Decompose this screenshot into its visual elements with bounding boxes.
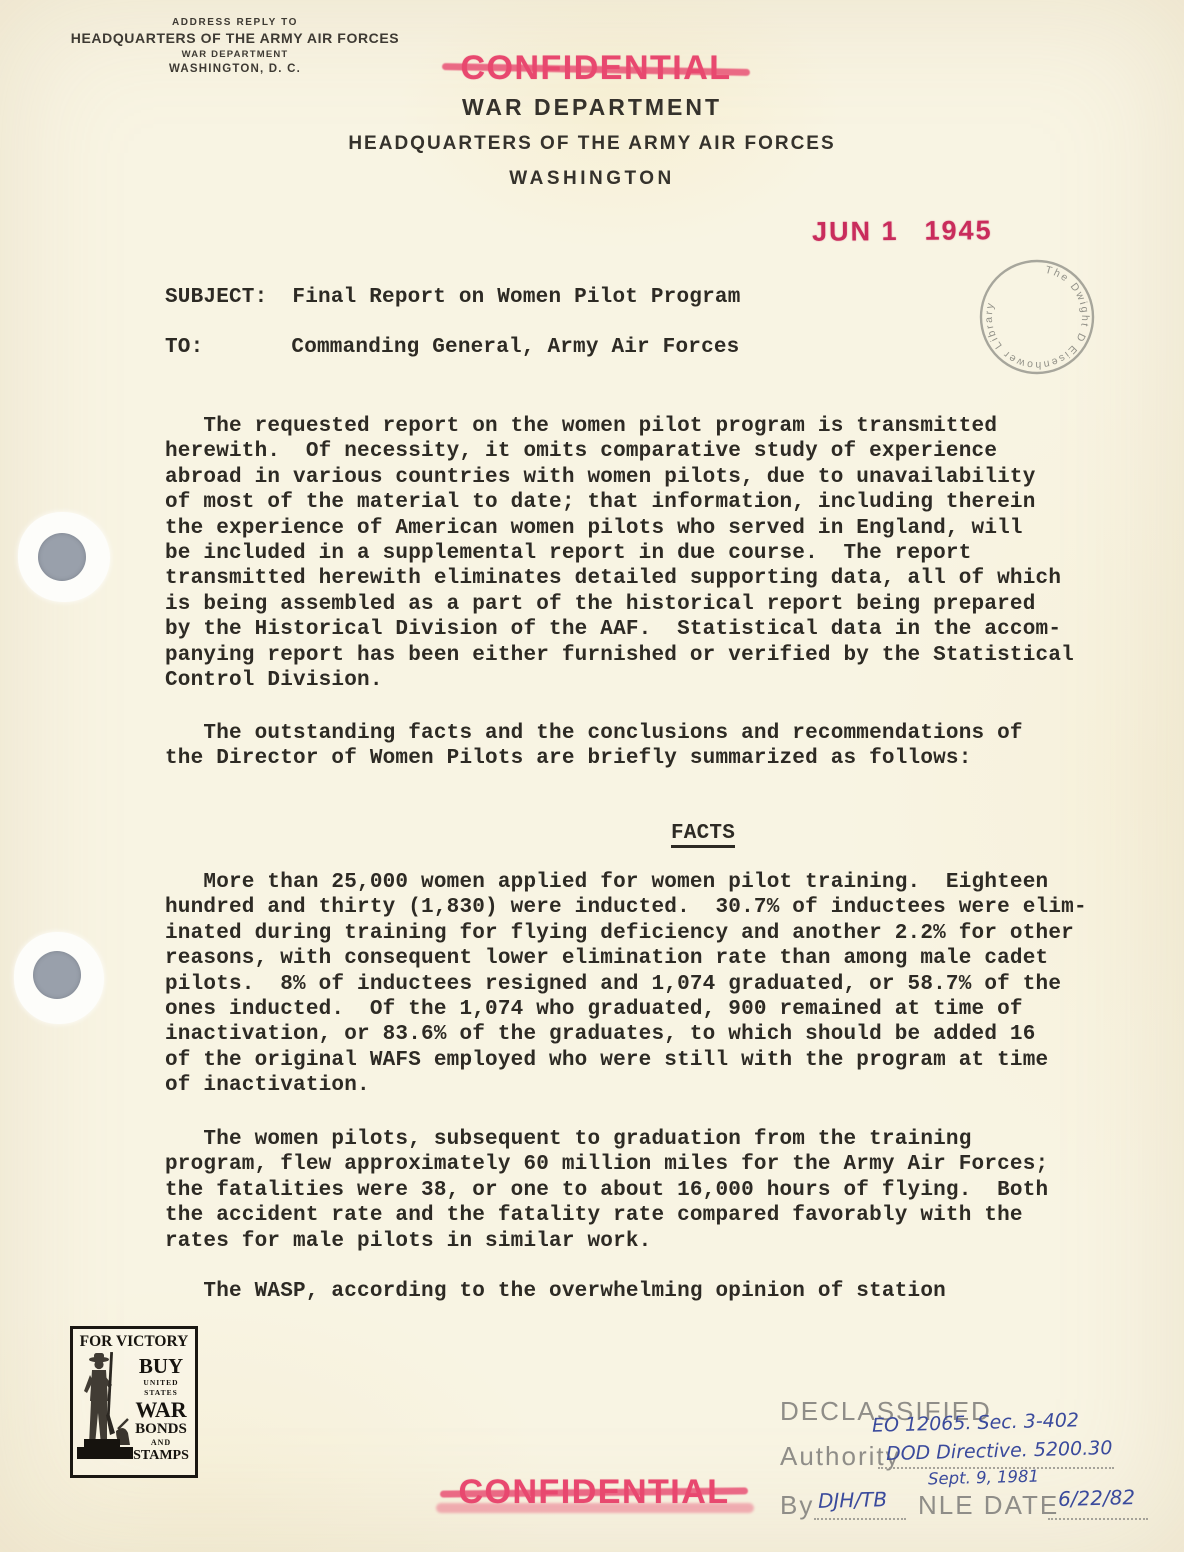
header-hq-aaf: HEADQUARTERS OF THE ARMY AIR FORCES xyxy=(0,133,1184,155)
header-washington: WASHINGTON xyxy=(0,168,1184,190)
paragraph-5: The WASP, according to the overwhelming … xyxy=(165,1279,946,1304)
text-line: The requested report on the women pilot … xyxy=(165,414,1074,439)
bonds-and: AND xyxy=(131,1438,191,1448)
text-line: be included in a supplemental report in … xyxy=(165,541,1074,566)
bonds-text-column: BUY UNITED STATES WAR BONDS AND STAMPS xyxy=(131,1355,191,1464)
by-label: By xyxy=(780,1490,814,1521)
confidential-stamp-top: CONFIDENTIAL xyxy=(452,50,740,86)
text-line: More than 25,000 women applied for women… xyxy=(165,870,1087,895)
for-victory-text: FOR VICTORY xyxy=(73,1333,195,1351)
text-line: pilots. 8% of inductees resigned and 1,0… xyxy=(165,972,1087,997)
nle-date-label: NLE DATE xyxy=(918,1490,1059,1521)
text-line: abroad in various countries with women p… xyxy=(165,465,1074,490)
text-line: of most of the material to date; that in… xyxy=(165,490,1074,515)
date-stamp-year: 1945 xyxy=(924,215,992,247)
text-line: The outstanding facts and the conclusion… xyxy=(165,721,1023,746)
bonds-united-states: UNITED STATES xyxy=(131,1378,191,1398)
letterhead-hq: HEADQUARTERS OF THE ARMY AIR FORCES xyxy=(28,29,442,48)
text-line: The women pilots, subsequent to graduati… xyxy=(165,1127,1048,1152)
text-line: inactivation, or 83.6% of the graduates,… xyxy=(165,1022,1087,1047)
text-line: of inactivation. xyxy=(165,1073,1087,1098)
paragraph-3: More than 25,000 women applied for women… xyxy=(165,870,1087,1099)
text-line: hundred and thirty (1,830) were inducted… xyxy=(165,895,1087,920)
letterhead: ADDRESS REPLY TO HEADQUARTERS OF THE ARM… xyxy=(28,16,442,77)
bonds-bonds: BONDS xyxy=(131,1421,191,1438)
hole-punch xyxy=(33,951,81,999)
bonds-stamps: STAMPS xyxy=(131,1448,191,1464)
text-line: rates for male pilots in similar work. xyxy=(165,1229,1048,1254)
handwritten-eo-citation: EO 12065. Sec. 3-402 xyxy=(872,1409,1080,1436)
letterhead-city: WASHINGTON, D. C. xyxy=(28,61,442,77)
facts-heading: FACTS xyxy=(640,821,766,846)
bonds-war: WAR xyxy=(131,1398,191,1421)
ink-smear xyxy=(436,1503,754,1513)
handwritten-nle-date: 6/22/82 xyxy=(1058,1485,1136,1511)
text-line: herewith. Of necessity, it omits compara… xyxy=(165,439,1074,464)
text-line: reasons, with consequent lower eliminati… xyxy=(165,946,1087,971)
war-bonds-stamp: FOR VICTORY BUY UNITED STATES WAR BONDS xyxy=(70,1326,198,1478)
letterhead-address-reply: ADDRESS REPLY TO xyxy=(28,16,442,29)
text-line: the fatalities were 38, or one to about … xyxy=(165,1178,1048,1203)
svg-text:The Dwight D Eisenhower Li: The Dwight D Eisenhower Library xyxy=(974,254,1099,379)
letterhead-dept: WAR DEPARTMENT xyxy=(28,48,442,61)
paragraph-1: The requested report on the women pilot … xyxy=(165,414,1074,693)
text-line: the accident rate and the fatality rate … xyxy=(165,1203,1048,1228)
to-line: TO:Commanding General, Army Air Forces xyxy=(165,335,739,360)
confidential-stamp-bottom: CONFIDENTIAL xyxy=(450,1474,738,1510)
subject-label: SUBJECT: xyxy=(165,286,267,309)
facts-heading-text: FACTS xyxy=(671,822,735,848)
hole-punch xyxy=(38,533,86,581)
text-line: inated during training for flying defici… xyxy=(165,921,1087,946)
document-scan: ADDRESS REPLY TO HEADQUARTERS OF THE ARM… xyxy=(0,0,1184,1552)
text-line: The WASP, according to the overwhelming … xyxy=(165,1279,946,1304)
bonds-buy: BUY xyxy=(131,1355,191,1378)
date-stamp-monthday: JUN 1 xyxy=(812,216,899,248)
text-line: program, flew approximately 60 million m… xyxy=(165,1152,1048,1177)
library-stamp-arc-text: The Dwight D Eisenhower Library xyxy=(974,254,1099,379)
text-line: panying report has been either furnished… xyxy=(165,643,1074,668)
paragraph-4: The women pilots, subsequent to graduati… xyxy=(165,1127,1048,1254)
library-circular-stamp: The Dwight D Eisenhower Library xyxy=(962,242,1113,393)
handwritten-date-note: Sept. 9, 1981 xyxy=(928,1467,1040,1489)
text-line: by the Historical Division of the AAF. S… xyxy=(165,617,1074,642)
text-line: ones inducted. Of the 1,074 who graduate… xyxy=(165,997,1087,1022)
to-value: Commanding General, Army Air Forces xyxy=(291,336,739,359)
subject-line: SUBJECT:Final Report on Women Pilot Prog… xyxy=(165,285,741,310)
minuteman-statue-icon xyxy=(76,1351,134,1465)
text-line: of the original WAFS employed who were s… xyxy=(165,1048,1087,1073)
text-line: is being assembled as a part of the hist… xyxy=(165,592,1074,617)
text-line: transmitted herewith eliminates detailed… xyxy=(165,566,1074,591)
text-line: Control Division. xyxy=(165,668,1074,693)
subject-value: Final Report on Women Pilot Program xyxy=(292,286,740,309)
paragraph-2: The outstanding facts and the conclusion… xyxy=(165,721,1023,772)
header-war-department: WAR DEPARTMENT xyxy=(0,94,1184,121)
handwritten-by-initials: DJH/TB xyxy=(818,1487,888,1513)
date-received-stamp: JUN 1 1945 xyxy=(812,215,993,248)
to-label: TO: xyxy=(165,336,203,359)
text-line: the Director of Women Pilots are briefly… xyxy=(165,746,1023,771)
text-line: the experience of American women pilots … xyxy=(165,516,1074,541)
